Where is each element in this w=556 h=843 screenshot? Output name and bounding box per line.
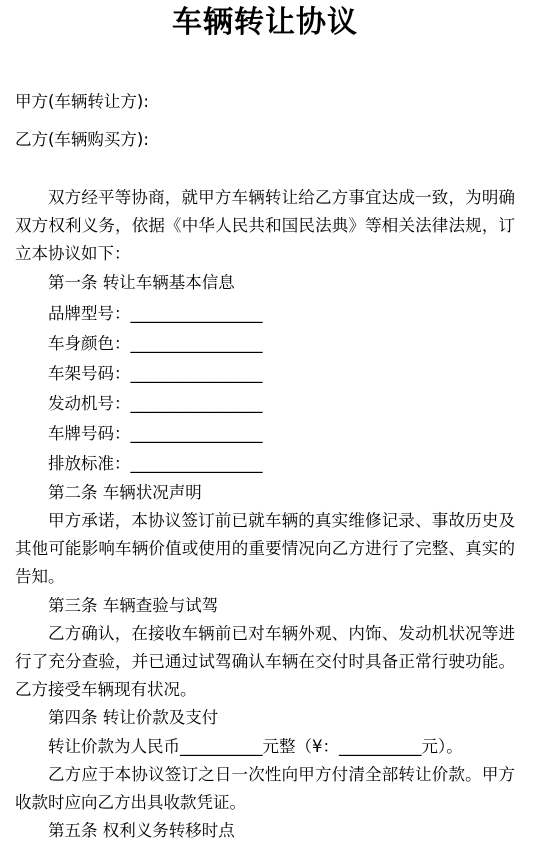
- field-row-engine-number: 发动机号：________________: [15, 389, 515, 419]
- clause-4-price-line: 转让价款为人民币__________元整（¥：__________元）。: [15, 733, 515, 761]
- field-label-vin: 车架号码：: [48, 364, 131, 383]
- blank-line-vin: ________________: [131, 364, 263, 383]
- clause-2-body: 甲方承诺，本协议签订前已就车辆的真实维修记录、事故历史及其他可能影响车辆价值或使…: [15, 507, 515, 592]
- field-row-vin: 车架号码：________________: [15, 359, 515, 389]
- field-row-plate-number: 车牌号码：________________: [15, 419, 515, 449]
- blank-line-emission-standard: ________________: [131, 454, 263, 473]
- contract-document: 车辆转让协议 甲方(车辆转让方): 乙方(车辆购买方): 双方经平等协商，就甲方…: [0, 0, 556, 843]
- field-row-brand-model: 品牌型号：________________: [15, 299, 515, 329]
- document-title: 车辆转让协议: [15, 4, 515, 42]
- blank-line-plate-number: ________________: [131, 424, 263, 443]
- field-row-emission-standard: 排放标准：________________: [15, 449, 515, 479]
- field-row-body-color: 车身颜色：________________: [15, 329, 515, 359]
- field-label-brand-model: 品牌型号：: [48, 304, 131, 323]
- field-label-plate-number: 车牌号码：: [48, 424, 131, 443]
- party-b-line: 乙方(车辆购买方):: [15, 121, 515, 159]
- field-label-engine-number: 发动机号：: [48, 394, 131, 413]
- clause-3-heading: 第三条 车辆查验与试驾: [15, 592, 515, 620]
- blank-line-engine-number: ________________: [131, 394, 263, 413]
- clause-2-heading: 第二条 车辆状况声明: [15, 479, 515, 507]
- clause-5-heading: 第五条 权利义务转移时点: [15, 817, 515, 843]
- field-label-emission-standard: 排放标准：: [48, 454, 131, 473]
- clause-1-heading: 第一条 转让车辆基本信息: [15, 269, 515, 297]
- clause-4-heading: 第四条 转让价款及支付: [15, 704, 515, 732]
- party-a-line: 甲方(车辆转让方):: [15, 83, 515, 121]
- blank-line-brand-model: ________________: [131, 304, 263, 323]
- clause-3-body: 乙方确认，在接收车辆前已对车辆外观、内饰、发动机状况等进行了充分查验，并已通过试…: [15, 620, 515, 705]
- field-label-body-color: 车身颜色：: [48, 334, 131, 353]
- blank-line-body-color: ________________: [131, 334, 263, 353]
- clause-4-body: 乙方应于本协议签订之日一次性向甲方付清全部转让价款。甲方收款时应向乙方出具收款凭…: [15, 761, 515, 817]
- vehicle-fields: 品牌型号：________________ 车身颜色：_____________…: [15, 299, 515, 479]
- intro-paragraph: 双方经平等协商，就甲方车辆转让给乙方事宜达成一致，为明确双方权利义务，依据《中华…: [15, 184, 515, 269]
